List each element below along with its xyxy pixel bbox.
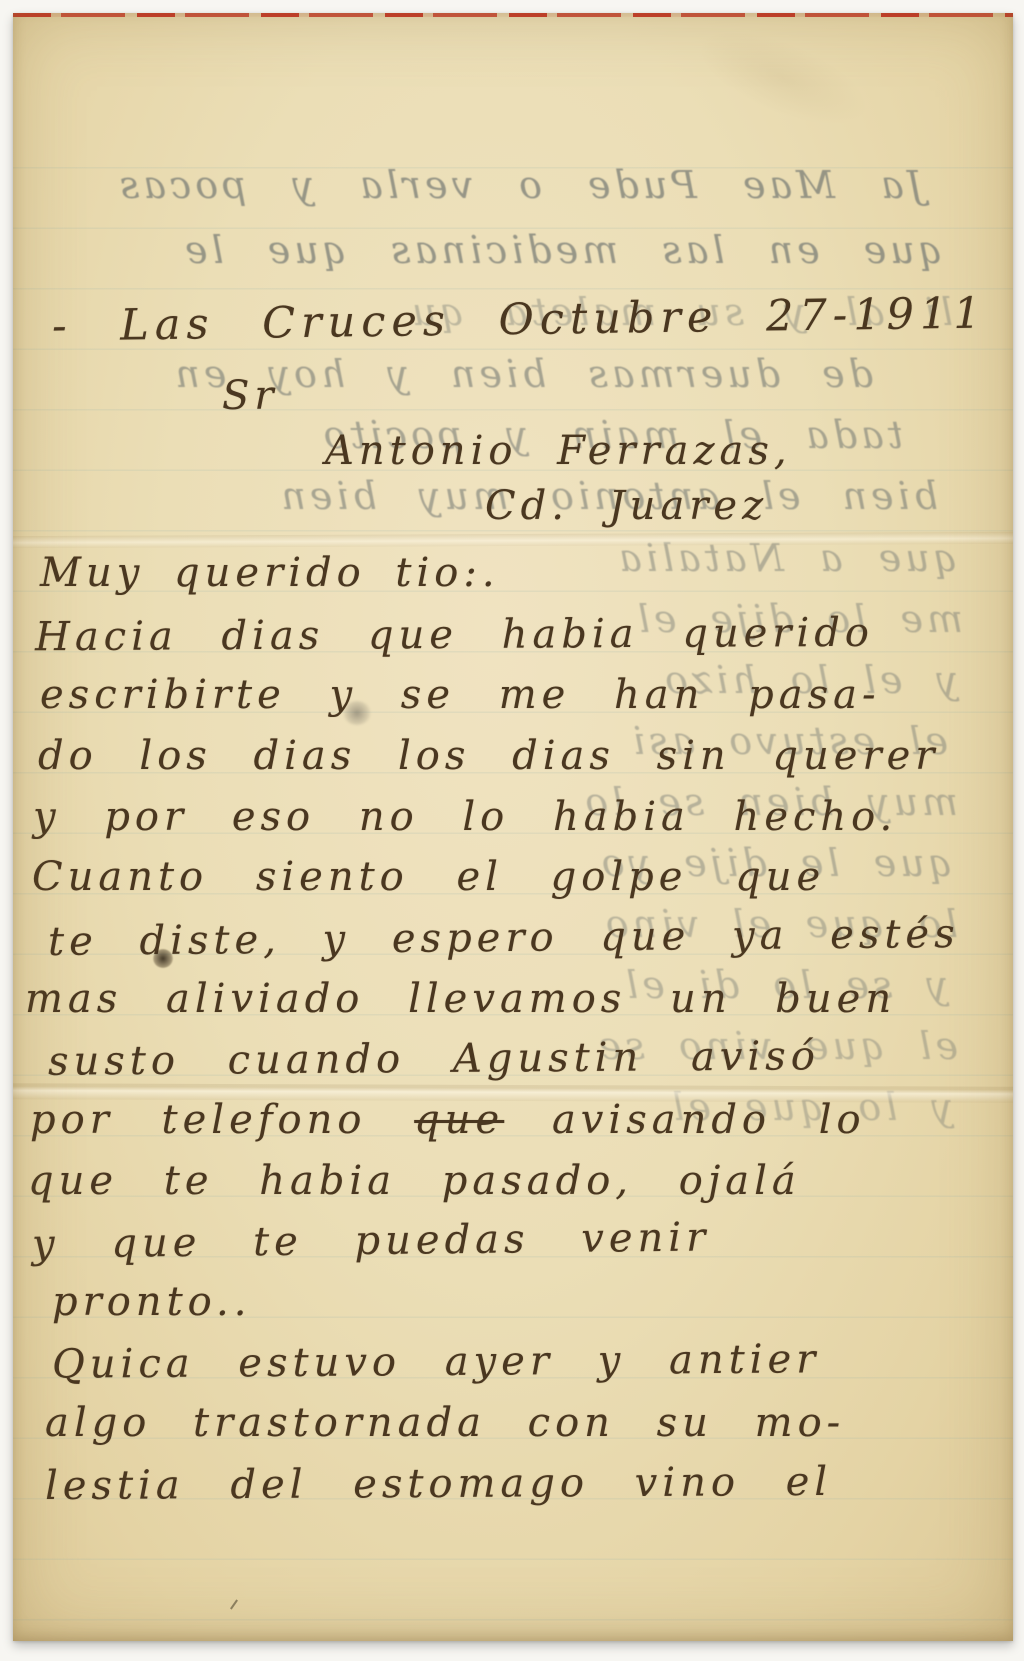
letter-line-19: lestia del estomago vino el [45,1459,832,1509]
letter-line-18: algo trastornada con su mo- [45,1400,845,1446]
letter-line-9: Cuanto siento el golpe que [32,854,825,900]
letter-text: Sr [222,373,279,419]
letter-line-15: y que te puedas venir [32,1214,711,1267]
letter-text: Cuanto siento el golpe que [32,854,825,900]
letter-text: y por eso no lo habia hecho. [33,794,897,840]
letter-line-8: y por eso no lo habia hecho. [33,794,897,840]
letter-text: y que te puedas venir [32,1214,711,1267]
letter-line-10: te diste, y espero que ya estés [48,911,960,965]
letter-line-2: Antonio Ferrazas, [325,428,792,474]
letter-line-0: - Las Cruces Octubre 27-1911 [52,288,987,351]
letter-text: te diste, y espero que ya estés [48,911,960,965]
letter-line-5: Hacia dias que habia querido [35,610,874,660]
handwriting-layer: - Las Cruces Octubre 27-1911SrAntonio Fe… [13,13,1013,1641]
letter-text: Muy querido tio:. [40,550,500,596]
letter-line-6: escribirte y se me han pasa- [40,672,880,718]
letter-text: Cd. Juarez [485,483,768,529]
letter-text: escribirte y se me han pasa- [40,672,880,718]
letter-line-17: Quica estuvo ayer y antier [52,1336,821,1387]
letter-text: Hacia dias que habia querido [35,610,874,660]
letter-text: - Las Cruces Octubre 27-1911 [52,288,987,351]
letter-text: pronto.. [52,1279,251,1325]
letter-line-3: Cd. Juarez [485,483,768,529]
letter-text: que te habia pasado, ojalá [28,1158,801,1204]
letter-text: susto cuando Agustin avisó [48,1033,820,1084]
letter-paper: Ja Mae Pude o verla y pocasque en las me… [13,13,1013,1641]
scan-background: Ja Mae Pude o verla y pocasque en las me… [0,0,1024,1661]
letter-text: algo trastornada con su mo- [45,1400,845,1446]
letter-line-16: pronto.. [52,1279,251,1325]
letter-line-12: susto cuando Agustin avisó [48,1033,820,1084]
letter-text: avisando lo [504,1097,865,1143]
letter-text: mas aliviado llevamos un buen [25,976,896,1022]
letter-text: lestia del estomago vino el [45,1459,832,1509]
letter-line-14: que te habia pasado, ojalá [28,1158,801,1204]
letter-line-4: Muy querido tio:. [40,550,500,596]
letter-text: Quica estuvo ayer y antier [52,1336,821,1387]
letter-text: por telefono [30,1097,414,1143]
letter-line-7: do los dias los dias sin querer [38,733,939,779]
letter-line-11: mas aliviado llevamos un buen [25,976,896,1022]
strikethrough-word: que [414,1097,504,1143]
letter-text: do los dias los dias sin querer [38,733,939,779]
letter-line-1: Sr [222,373,279,419]
letter-line-13: por telefono que avisando lo [30,1097,866,1143]
letter-text: Antonio Ferrazas, [325,428,792,474]
